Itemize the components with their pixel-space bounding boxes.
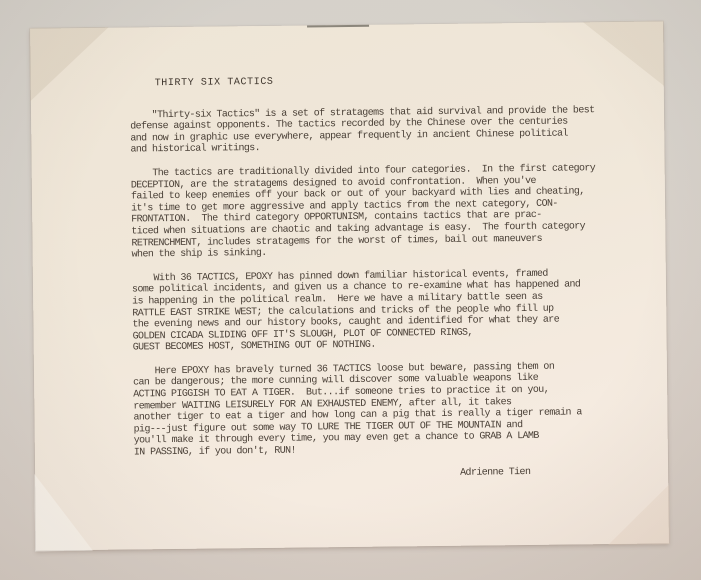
photo-corner-top-left	[29, 27, 110, 102]
photo-corner-bottom-right	[607, 484, 670, 545]
photo-corner-bottom-left	[34, 473, 93, 552]
paper-sheet: THIRTY SIX TACTICS "Thirty-six Tactics" …	[30, 21, 669, 550]
paper-edge-mark	[307, 25, 369, 28]
paragraph-epoxy-history: With 36 TACTICS, EPOXY has pinned down f…	[132, 268, 615, 355]
paragraph-warning: Here EPOXY has bravely turned 36 TACTICS…	[133, 361, 616, 459]
signature: Adrienne Tien	[460, 466, 616, 479]
paragraph-intro: "Thirty-six Tactics" is a set of stratag…	[130, 105, 612, 157]
photo-background: THIRTY SIX TACTICS "Thirty-six Tactics" …	[0, 0, 701, 580]
document-content: THIRTY SIX TACTICS "Thirty-six Tactics" …	[130, 73, 617, 483]
paragraph-categories: The tactics are traditionally divided in…	[131, 163, 614, 261]
document-title: THIRTY SIX TACTICS	[155, 73, 612, 90]
